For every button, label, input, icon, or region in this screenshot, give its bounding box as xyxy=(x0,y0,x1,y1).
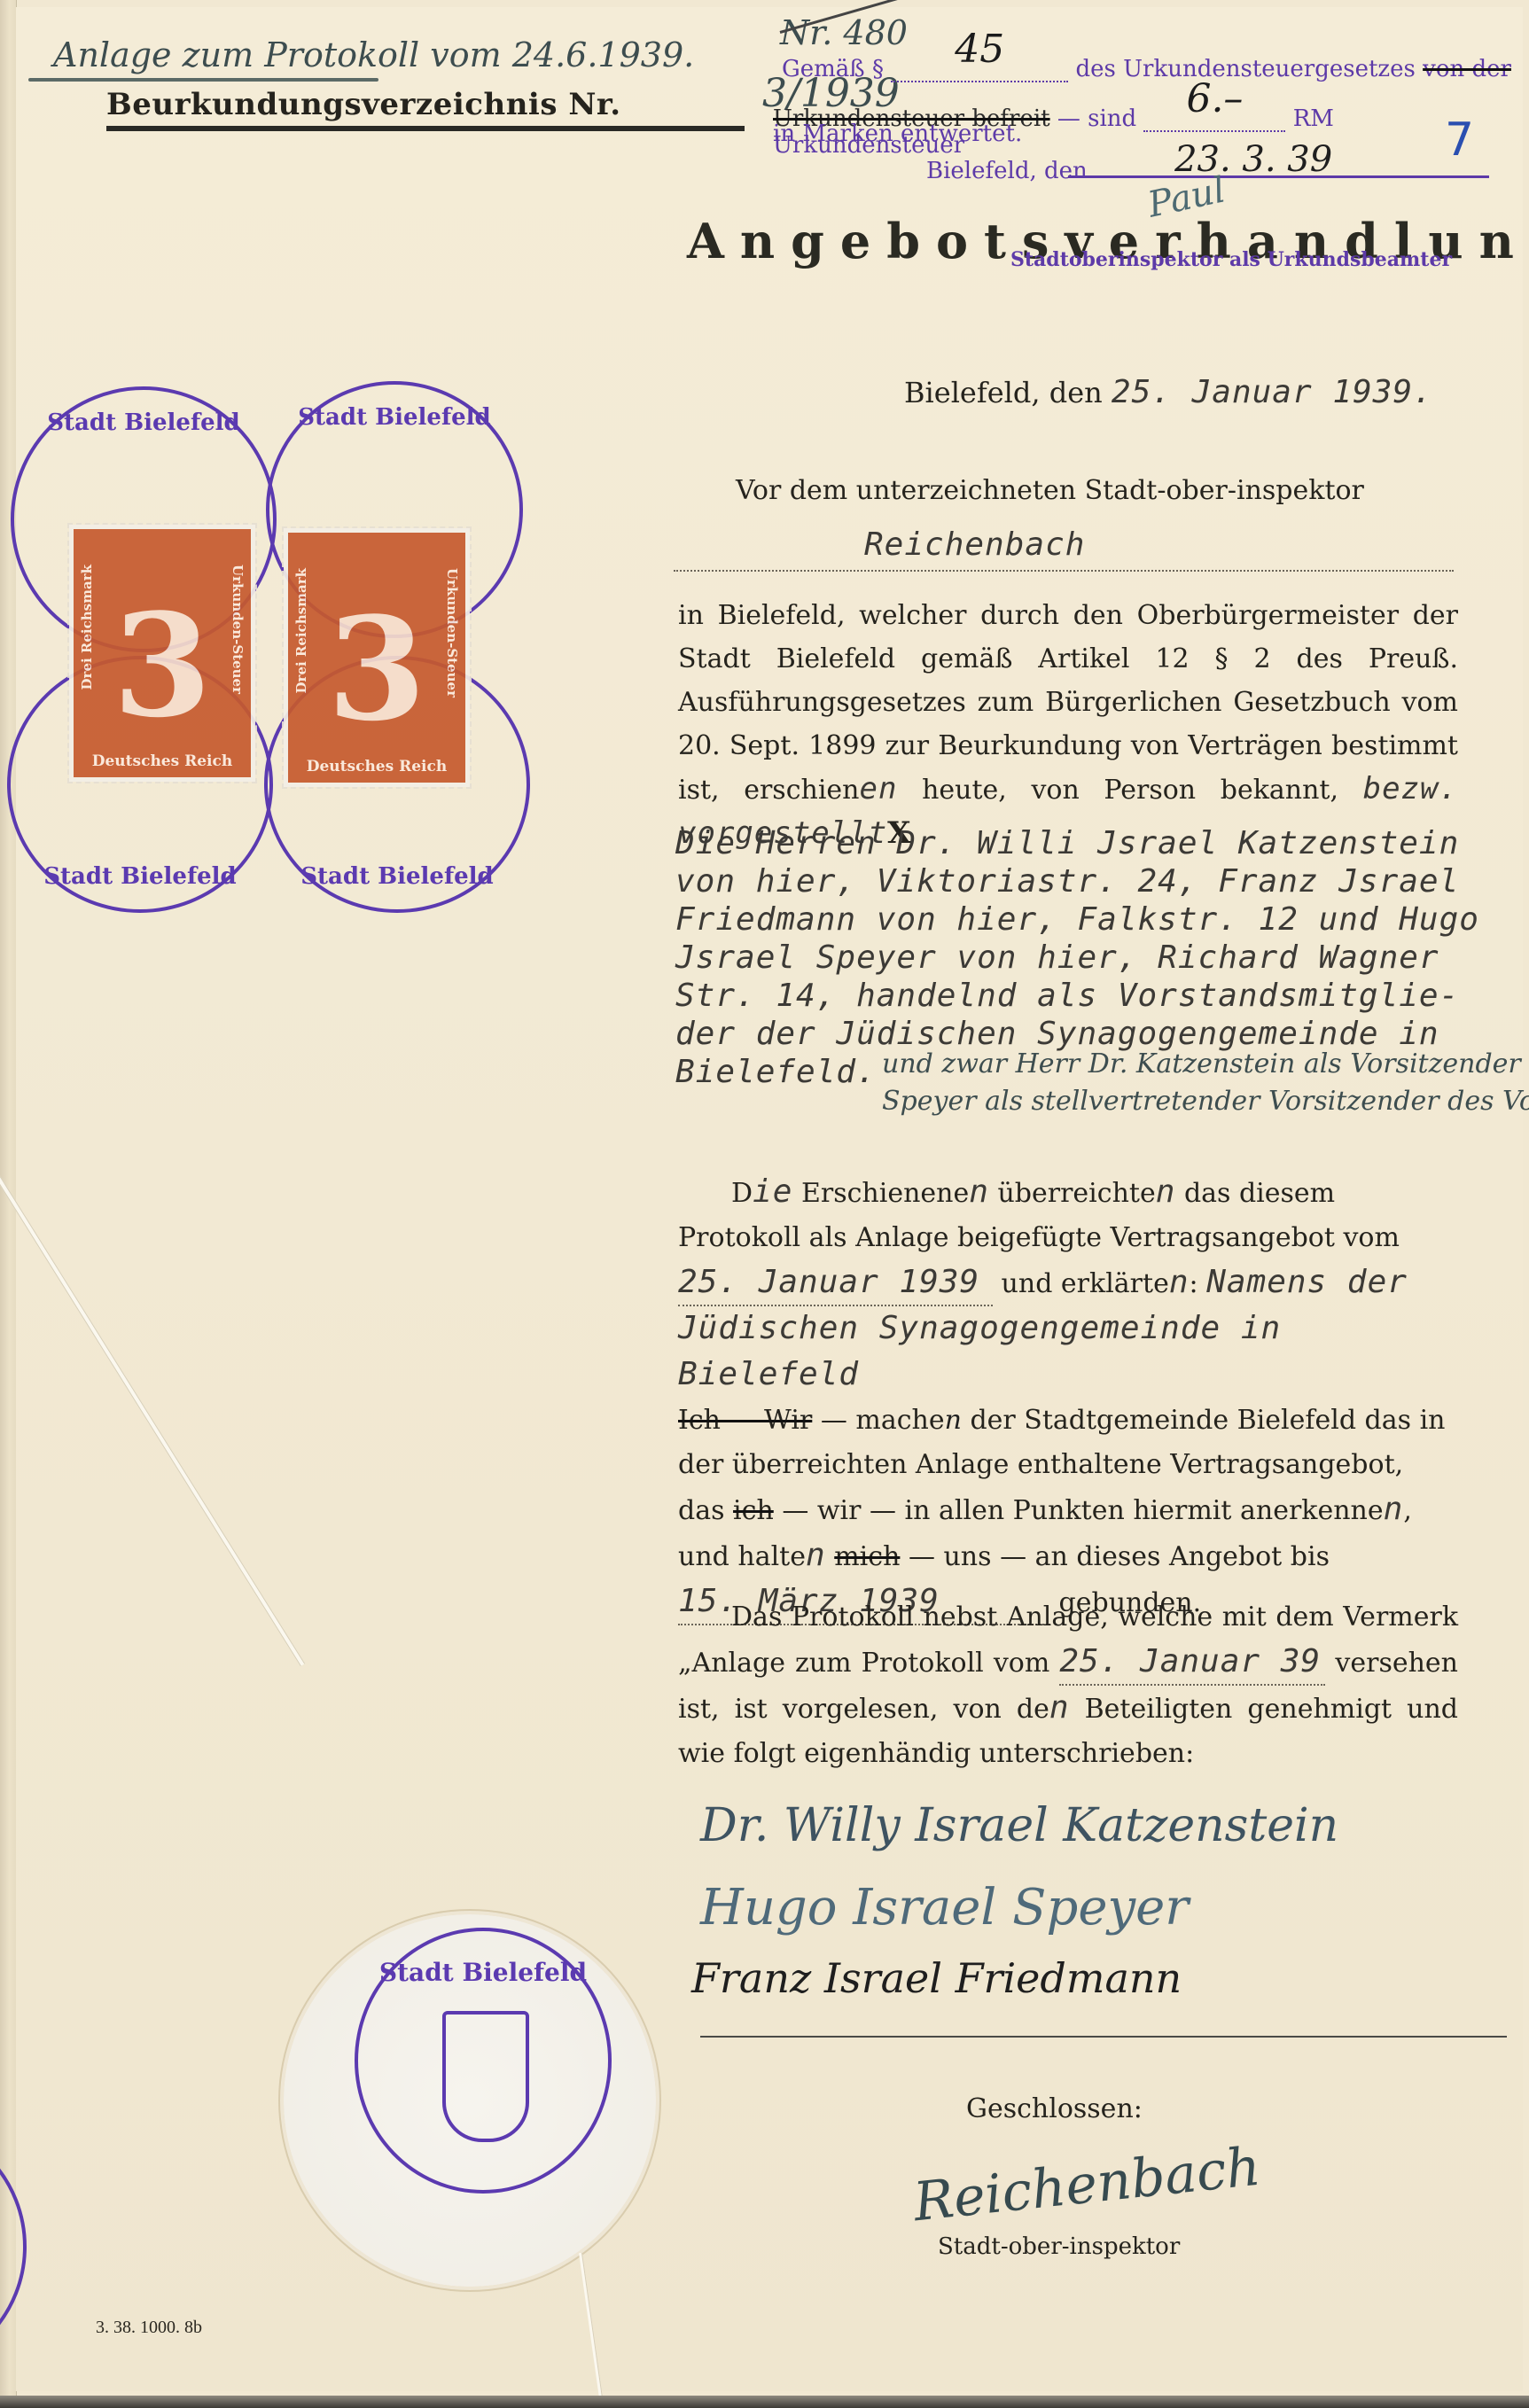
text-segment: — uns — an dieses Angebot bis xyxy=(909,1541,1330,1572)
city-stamp-label: Stadt Bielefeld xyxy=(11,863,269,890)
handwritten-annotation: Anlage zum Protokoll vom 24.6.1939. xyxy=(53,35,694,74)
annotation-underline xyxy=(28,78,378,82)
document-date: 25. Januar 1939. xyxy=(1112,374,1433,410)
text-segment: : xyxy=(1190,1268,1198,1299)
form-print-code: 3. 38. 1000. 8b xyxy=(96,2318,202,2338)
identity-text: heute, von Person bekannt, xyxy=(922,775,1338,806)
signature-friedmann: Franz Israel Friedmann xyxy=(691,1954,1182,2002)
coat-of-arms-icon xyxy=(442,2011,529,2142)
tax-amount-field: 6.– xyxy=(1143,85,1285,132)
city-stamp-label: Stadt Bielefeld xyxy=(269,404,519,431)
tax-date-label: Bielefeld, den xyxy=(926,158,1088,184)
officer-name-line xyxy=(674,570,1454,572)
revenue-stamp-1: Drei Reichsmark Urkunden-Steuer 3 Deutsc… xyxy=(69,525,255,782)
tax-paragraph-field: 45 xyxy=(891,35,1068,82)
text-segment: überreichte xyxy=(997,1178,1155,1209)
city-stamp-label: Stadt Bielefeld xyxy=(268,863,527,890)
text-segment: Erschienene xyxy=(801,1178,969,1209)
typed-insert: n xyxy=(1049,1689,1070,1726)
tax-line-3: in Marken entwertet. xyxy=(773,121,1022,147)
typed-insert: n xyxy=(1384,1491,1404,1527)
typed-suffix: en xyxy=(860,771,898,807)
offer-paragraph: Die Erschienenen überreichten das diesem… xyxy=(678,1170,1458,1625)
tax-paragraph-value: 45 xyxy=(955,27,1004,72)
struck-text: ich xyxy=(733,1495,774,1526)
annex-date: 25. Januar 39 xyxy=(1059,1640,1325,1686)
officer-name: Reichenbach xyxy=(864,526,1085,563)
signature-speyer: Hugo Israel Speyer xyxy=(700,1879,1189,1937)
place-label: Bielefeld, den xyxy=(904,376,1103,409)
page-number: 7 xyxy=(1445,113,1474,167)
tax-law-label: des Urkundensteuergesetzes xyxy=(1075,56,1415,82)
text-segment: — wir — in allen Punkten hiermit anerken… xyxy=(782,1495,1383,1526)
typed-insert: n xyxy=(1156,1173,1176,1210)
official-title: Stadt-ober-inspektor xyxy=(938,2233,1180,2260)
typed-insert: ie xyxy=(753,1173,792,1210)
revenue-stamp-value: 3 xyxy=(74,582,251,749)
revenue-stamp-2: Drei Reichsmark Urkunden-Steuer 3 Deutsc… xyxy=(284,528,470,787)
seal-stamp-label: Stadt Bielefeld xyxy=(358,1958,608,1987)
page-bottom-edge xyxy=(0,2396,1529,2408)
offer-date: 25. Januar 1939 xyxy=(678,1260,993,1306)
tax-struck-text: von der xyxy=(1423,56,1511,82)
typed-insert: n xyxy=(969,1173,989,1210)
struck-text: Ich — Wir xyxy=(678,1405,812,1436)
tax-sind-label: — sind xyxy=(1057,105,1136,132)
officer-intro: Vor dem unterzeichneten Stadt-ober-inspe… xyxy=(736,475,1364,506)
tax-line-1: Gemäß § 45 des Urkundensteuergesetzes vo… xyxy=(782,35,1511,82)
typed-insert: n xyxy=(1169,1264,1190,1300)
authority-paragraph: in Bielefeld, welcher durch den Oberbürg… xyxy=(678,594,1458,856)
signature-rule xyxy=(700,2036,1507,2038)
revenue-stamp-foot: Deutsches Reich xyxy=(288,758,465,775)
revenue-stamp-foot: Deutsches Reich xyxy=(74,752,251,770)
register-label: Beurkundungsverzeichnis Nr. xyxy=(106,87,621,122)
seal-city-stamp: Stadt Bielefeld xyxy=(355,1928,612,2194)
typed-insert: n xyxy=(806,1537,826,1573)
tax-date-underline xyxy=(1068,175,1489,178)
city-stamp-label: Stadt Bielefeld xyxy=(14,409,273,436)
tax-paragraph-label: Gemäß § xyxy=(782,56,884,82)
closed-label: Geschlossen: xyxy=(966,2093,1143,2124)
place-date-line: Bielefeld, den 25. Januar 1939. xyxy=(904,374,1433,410)
struck-text: mich xyxy=(834,1541,900,1572)
handwritten-addendum: und zwar Herr Dr. Katzenstein als Vorsit… xyxy=(678,1046,1529,1120)
official-capacity-stamp: Stadtoberinspektor als Urkundsbeamter xyxy=(1010,248,1452,271)
tax-amount-value: 6.– xyxy=(1186,76,1243,121)
revenue-stamp-value: 3 xyxy=(288,586,465,752)
handwritten-insert: n xyxy=(945,1405,962,1436)
register-rule xyxy=(106,126,745,131)
text-segment: D xyxy=(678,1178,753,1209)
reading-confirmation-paragraph: Das Protokoll nebst Anlage, welche mit d… xyxy=(678,1595,1458,1776)
text-segment: und erklärte xyxy=(1002,1268,1169,1299)
signature-katzenstein: Dr. Willy Israel Katzenstein xyxy=(700,1799,1338,1852)
text-segment: — mache xyxy=(821,1405,945,1436)
tax-line-4: Bielefeld, den 23. 3. 39 xyxy=(926,146,1332,187)
